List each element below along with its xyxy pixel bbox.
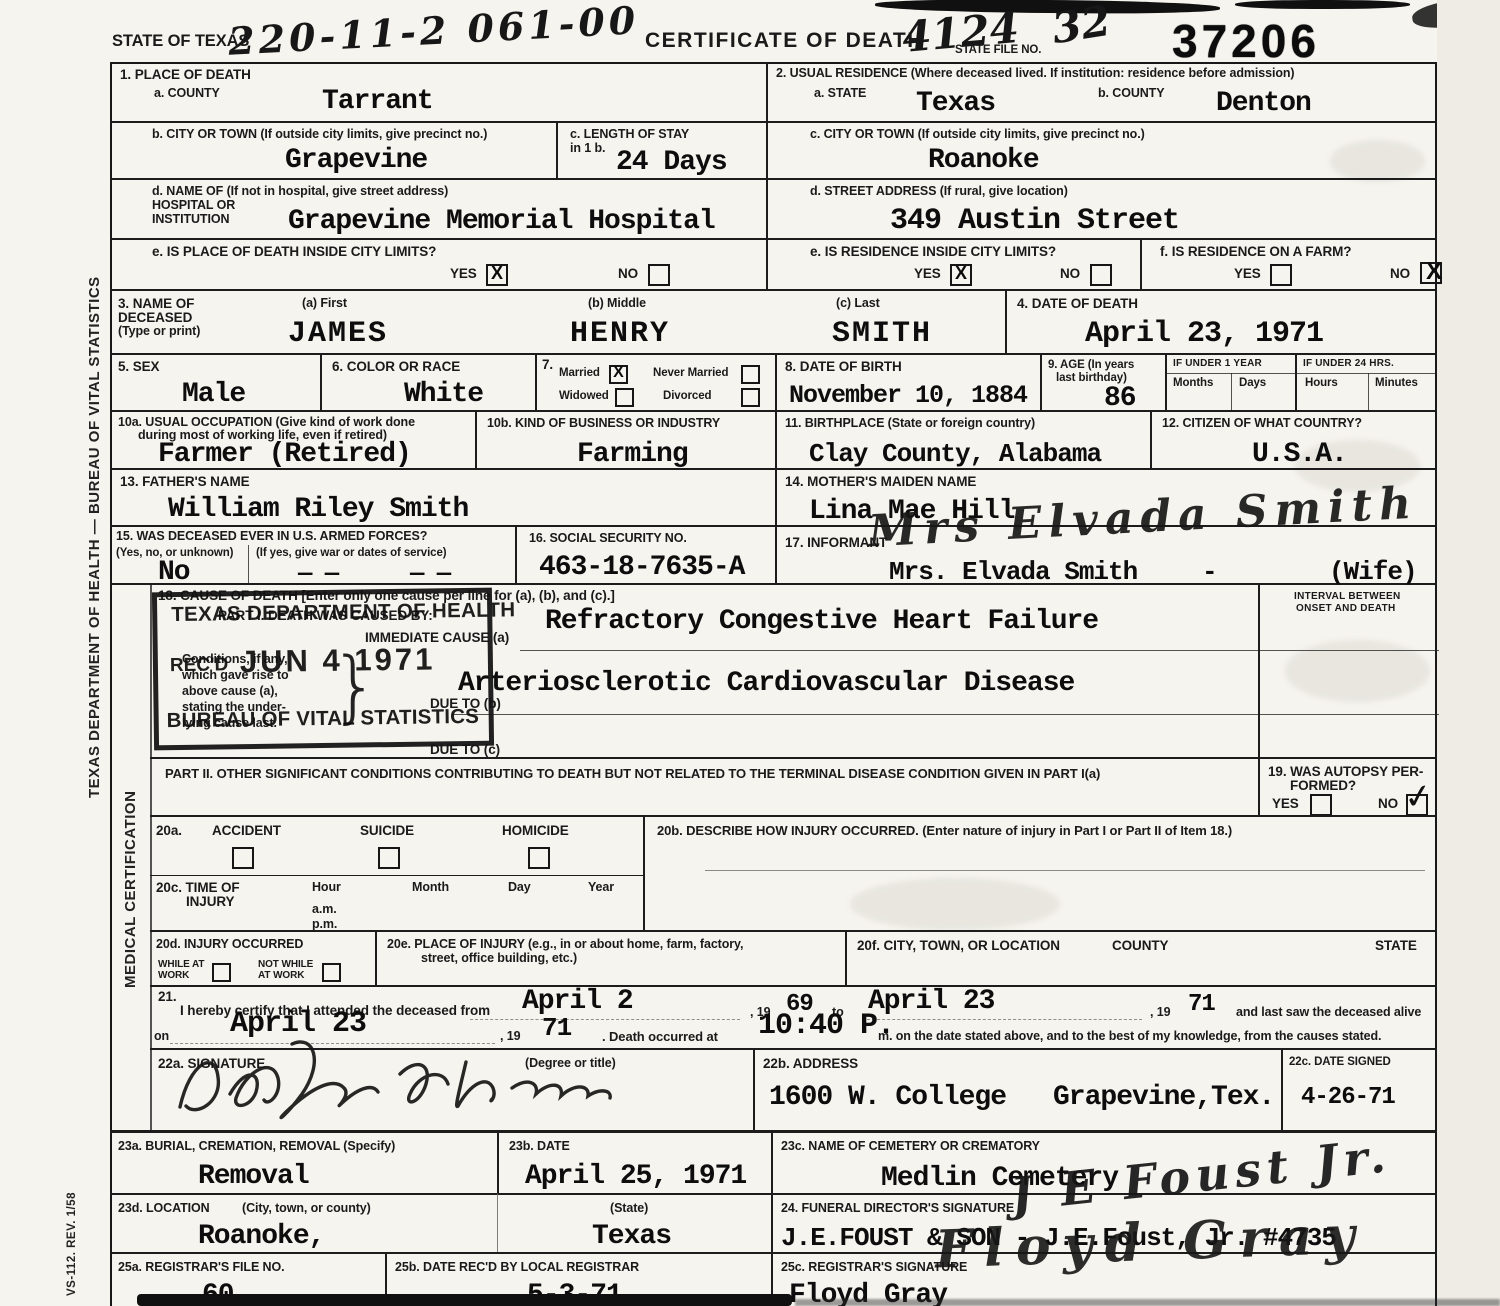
suicide-label: SUICIDE [360,823,414,839]
form-code-vertical: VS-112. REV. 1/58 [66,1192,78,1296]
autopsy-no-checkmark: ✓ [1401,775,1435,819]
stamp-line-1: TEXAS DEPARTMENT OF HEALTH [171,598,515,627]
checkbox-mark: X [1425,258,1443,286]
field-hospital: d. NAME OF (If not in hospital, give str… [110,180,766,240]
field-label: ONSET AND DEATH [1296,603,1396,615]
address-value-2: Grapevine,Tex. [1053,1084,1274,1112]
field-burial-state: (State) Texas [497,1193,771,1252]
minutes-label: Minutes [1375,377,1418,391]
field-label: FORMED? [1290,778,1356,794]
yes-checkbox: X [486,264,508,286]
divorced-label: Divorced [663,390,711,404]
field-label: 10b. KIND OF BUSINESS OR INDUSTRY [487,416,720,431]
armed-forces-dashes: — — [298,563,338,587]
no-label: NO [1060,266,1080,282]
field-label: 7. [542,357,553,373]
burial-location-value: Roanoke, [198,1223,324,1251]
days-label: Days [1239,377,1266,391]
middle-name-value: HENRY [570,319,670,349]
street-address-value: 349 Austin Street [890,206,1179,236]
field-label: 20f. CITY, TOWN, OR LOCATION [857,938,1060,954]
day-label: Day [508,880,531,895]
sex-value: Male [182,381,245,409]
field-street-address: d. STREET ADDRESS (If rural, give locati… [766,180,1437,240]
no-checkbox [648,264,670,286]
age-value: 86 [1104,385,1136,413]
city-of-death-value: Grapevine [285,147,427,175]
field-label: 6. COLOR OR RACE [332,359,460,375]
cause-a-value: Refractory Congestive Heart Failure [545,608,1098,636]
field-injury-city-county-state: 20f. CITY, TOWN, OR LOCATION COUNTY STAT… [845,930,1437,985]
certificate-title: CERTIFICATE OF DEATH [645,28,924,53]
informant-relation: (Wife) [1329,559,1417,585]
checkbox-mark: X [611,364,626,382]
field-label: b. COUNTY [1098,86,1164,101]
divider [1368,373,1369,412]
field-label: 23a. BURIAL, CREMATION, REMOVAL (Specify… [118,1139,395,1154]
field-accident-suicide-homicide: 20a. ACCIDENT SUICIDE HOMICIDE [150,815,643,875]
field-label: IF UNDER 1 YEAR [1173,358,1262,370]
field-label: 4. DATE OF DEATH [1017,296,1138,312]
field-label: 20d. INJURY OCCURRED [156,937,303,952]
field-death-inside-city-limits: e. IS PLACE OF DEATH INSIDE CITY LIMITS?… [110,240,766,291]
last-name-label: (c) Last [836,296,880,311]
no-label: NO [1378,796,1398,812]
field-armed-forces: 15. WAS DECEASED EVER IN U.S. ARMED FORC… [110,527,515,585]
burial-value: Removal [198,1163,309,1191]
field-injury-occurred: 20d. INJURY OCCURRED WHILE AT WORK NOT W… [150,930,375,985]
field-label: IF UNDER 24 HRS. [1303,358,1394,370]
field-label: 22c. DATE SIGNED [1289,1056,1391,1070]
fathers-name-value: William Riley Smith [168,496,468,524]
citizen-value: U.S.A. [1252,441,1347,469]
field-label: 23d. LOCATION [118,1201,210,1216]
yes-checkbox: X [950,264,972,286]
never-married-checkbox [741,365,760,384]
certify-text: m. on the date stated above, and to the … [878,1029,1381,1044]
death-certificate-scan: STATE OF TEXAS 220-11-2 061-00 CERTIFICA… [0,0,1500,1306]
armed-forces-dashes: — — [410,563,450,587]
field-age: 9. AGE (In years last birthday) 86 [1040,355,1165,412]
checkbox-mark: X [952,263,970,284]
received-stamp: TEXAS DEPARTMENT OF HEALTH REC'D JUN 4 1… [152,588,494,751]
while-at-work-checkbox [212,963,231,982]
field-label: 11. BIRTHPLACE (State or foreign country… [785,416,1035,431]
field-label: 5. SEX [118,359,159,375]
writing-line [705,870,1425,871]
field-label: (If yes, give war or dates of service) [256,547,447,561]
time-of-death-value: 10:40 P. [758,1011,894,1041]
field-kind-of-business: 10b. KIND OF BUSINESS OR INDUSTRY Farmin… [475,412,775,470]
ssn-value: 463-18-7635-A [539,554,744,582]
field-label: d. NAME OF (If not in hospital, give str… [152,184,448,199]
field-social-security-no: 16. SOCIAL SECURITY NO. 463-18-7635-A [515,527,775,585]
no-label: NO [1390,266,1410,282]
month-label: Month [412,880,449,895]
handwritten-file-number-2: 32 [1049,0,1114,53]
field-label: e. IS RESIDENCE INSIDE CITY LIMITS? [810,244,1056,260]
field-label: 21. [158,989,176,1005]
field-label: PART II. OTHER SIGNIFICANT CONDITIONS CO… [165,766,1100,782]
field-burial-removal: 23a. BURIAL, CREMATION, REMOVAL (Specify… [110,1130,497,1193]
yes-label: YES [1272,796,1299,812]
stamp-line-3: BUREAU OF VITAL STATISTICS [167,705,480,733]
not-while-at-work-label: AT WORK [258,970,304,982]
field-burial-date: 23b. DATE April 25, 1971 [497,1130,771,1193]
field-date-of-death: 4. DATE OF DEATH April 23, 1971 [1005,291,1437,355]
county-label: COUNTY [1112,938,1168,954]
last-name-value: SMITH [832,319,932,349]
while-at-work-label: WORK [158,970,189,982]
field-label: d. STREET ADDRESS (If rural, give locati… [810,184,1068,199]
field-label: 2. USUAL RESIDENCE (Where deceased lived… [776,66,1294,81]
scan-smudge-bottom [137,1294,792,1306]
field-citizen-of: 12. CITIZEN OF WHAT COUNTRY? U.S.A. [1150,412,1437,470]
field-label: b. CITY OR TOWN (If outside city limits,… [152,127,487,142]
field-label: INSTITUTION [152,212,229,227]
field-label: INTERVAL BETWEEN [1294,591,1400,603]
state-file-number-stamp: 37206 [1172,14,1320,68]
yes-label: YES [1234,266,1261,282]
field-usual-residence: 2. USUAL RESIDENCE (Where deceased lived… [766,62,1437,123]
checkbox-mark: X [488,263,506,284]
physician-signature [160,1032,640,1132]
informant-typed-value: Mrs. Elvada Smith [889,559,1137,585]
no-checkbox [1090,264,1112,286]
field-label: 25a. REGISTRAR'S FILE NO. [118,1260,284,1275]
field-label: 24. FUNERAL DIRECTOR'S SIGNATURE [781,1201,1014,1216]
date-of-death-value: April 23, 1971 [1085,319,1323,349]
year-label: Year [588,880,614,895]
middle-name-label: (b) Middle [588,296,646,311]
county-value: Tarrant [322,88,433,116]
field-label: in 1 b. [570,141,605,156]
accident-checkbox [232,847,254,869]
field-label: 23b. DATE [509,1139,570,1154]
divider [1260,714,1439,715]
homicide-checkbox [528,847,550,869]
accident-label: ACCIDENT [212,823,281,839]
yes-label: YES [914,266,941,282]
field-label: 8. DATE OF BIRTH [785,359,902,375]
field-place-of-injury: 20e. PLACE OF INJURY (e.g., in or about … [375,930,845,985]
armed-forces-value: No [158,559,190,587]
field-part2-conditions: PART II. OTHER SIGNIFICANT CONDITIONS CO… [150,757,1258,815]
yes-label: YES [450,266,477,282]
field-color-or-race: 6. COLOR OR RACE White [320,355,535,412]
widowed-label: Widowed [559,390,609,404]
field-autopsy: 19. WAS AUTOPSY PER- FORMED? YES NO ✓ [1258,757,1437,815]
attended-to-year: 71 [1188,993,1215,1017]
field-name-of-deceased: 3. NAME OF DECEASED (Type or print) (a) … [110,291,1005,355]
field-time-of-injury: 20c. TIME OF INJURY Hour Month Day Year … [150,875,643,930]
field-date-of-birth: 8. DATE OF BIRTH November 10, 1884 [775,355,1040,412]
field-label: 20e. PLACE OF INJURY (e.g., in or about … [387,937,743,952]
field-label: (Type or print) [118,324,200,339]
field-label: 9. AGE (In years [1048,359,1134,373]
hour-label: Hour [312,880,341,895]
field-physician-address: 22b. ADDRESS 1600 W. College Grapevine,T… [753,1048,1281,1130]
no-label: NO [618,266,638,282]
field-if-under-1-year: IF UNDER 1 YEAR Months Days [1165,355,1295,412]
field-label: INJURY [186,894,234,910]
widowed-checkbox [615,388,634,407]
divorced-checkbox [741,388,760,407]
field-label: 13. FATHER'S NAME [120,474,250,490]
state-file-no-label: STATE FILE NO. [955,44,1041,58]
homicide-label: HOMICIDE [502,823,569,839]
business-value: Farming [577,441,688,469]
first-name-value: JAMES [288,319,388,349]
not-while-at-work-checkbox [322,963,341,982]
field-label: 23c. NAME OF CEMETERY OR CREMATORY [781,1139,1040,1154]
stamp-recd: REC'D [170,654,229,677]
field-label: c. LENGTH OF STAY [570,127,689,142]
residence-city-value: Roanoke [928,147,1039,175]
cause-b-line [452,714,1258,715]
divider [248,545,249,585]
field-label: (City, town, or county) [242,1201,371,1216]
field-label: a. STATE [814,86,866,101]
burial-date-value: April 25, 1971 [525,1163,746,1191]
field-label: 20b. DESCRIBE HOW INJURY OCCURRED. (Ente… [657,823,1232,839]
hours-label: Hours [1305,377,1338,391]
suicide-checkbox [378,847,400,869]
divider [1165,373,1437,374]
divider [1260,650,1439,651]
cause-a-line [520,650,1258,651]
field-label: 12. CITIZEN OF WHAT COUNTRY? [1162,416,1362,431]
field-fathers-name: 13. FATHER'S NAME William Riley Smith [110,470,775,527]
field-residence-inside-city-limits: e. IS RESIDENCE INSIDE CITY LIMITS? YES … [766,240,1140,291]
field-marital-status: 7. Married X Never Married Widowed Divor… [535,355,775,412]
field-place-of-death: 1. PLACE OF DEATH a. COUNTY Tarrant [110,62,766,123]
stamp-date: JUN 4 1971 [240,641,436,680]
no-checkbox: X [1420,262,1442,284]
page-right-margin [1437,0,1500,1306]
field-label: 16. SOCIAL SECURITY NO. [529,531,687,546]
residence-county-value: Denton [1216,90,1311,118]
field-label: c. CITY OR TOWN (If outside city limits,… [810,127,1145,142]
length-of-stay-value: 24 Days [616,149,727,177]
field-if-under-24-hrs: IF UNDER 24 HRS. Hours Minutes [1295,355,1437,412]
date-of-birth-value: November 10, 1884 [789,383,1027,408]
married-checkbox: X [609,365,628,384]
divider [1231,373,1232,412]
months-label: Months [1173,377,1213,391]
field-label: 14. MOTHER'S MAIDEN NAME [785,474,976,490]
field-usual-occupation: 10a. USUAL OCCUPATION (Give kind of work… [110,412,475,470]
yes-checkbox [1270,264,1292,286]
hospital-value: Grapevine Memorial Hospital [288,208,715,236]
field-label: f. IS RESIDENCE ON A FARM? [1160,244,1351,260]
scan-smudge-bottom [795,1299,1500,1306]
field-interval-onset-death: INTERVAL BETWEEN ONSET AND DEATH [1258,585,1437,757]
never-married-label: Never Married [653,367,728,381]
am-label: a.m. [312,902,337,917]
field-label: a. COUNTY [154,86,220,101]
residence-state-value: Texas [916,90,995,118]
field-label: 1. PLACE OF DEATH [120,67,251,83]
field-label: e. IS PLACE OF DEATH INSIDE CITY LIMITS? [152,244,436,260]
cause-b-value: Arteriosclerotic Cardiovascular Disease [458,670,1074,698]
field-sex: 5. SEX Male [110,355,320,412]
writing-line [470,1019,740,1020]
field-label: 20a. [156,823,182,839]
scan-smudge [1235,0,1410,9]
field-city-of-death: b. CITY OR TOWN (If outside city limits,… [110,123,556,180]
writing-line [862,1019,1142,1020]
address-value-1: 1600 W. College [769,1084,1006,1112]
field-length-of-stay: c. LENGTH OF STAY in 1 b. 24 Days [556,123,766,180]
field-residence-city: c. CITY OR TOWN (If outside city limits,… [766,123,1437,180]
field-label: 15. WAS DECEASED EVER IN U.S. ARMED FORC… [116,529,427,544]
birthplace-value: Clay County, Alabama [809,441,1101,467]
field-label: (State) [610,1201,648,1216]
race-value: White [404,381,483,409]
field-date-signed: 22c. DATE SIGNED 4-26-71 [1281,1048,1437,1130]
certify-text: and last saw the deceased alive [1236,1005,1421,1020]
yes-checkbox [1310,794,1332,816]
first-name-label: (a) First [302,296,347,311]
department-vertical-label: TEXAS DEPARTMENT OF HEALTH — BUREAU OF V… [86,276,103,798]
state-label: STATE [1375,938,1417,954]
burial-state-value: Texas [592,1223,671,1251]
married-label: Married [559,367,600,381]
field-label: 22b. ADDRESS [763,1056,858,1072]
field-label: street, office building, etc.) [421,951,577,966]
attended-from-date: April 2 [522,988,633,1016]
field-describe-injury: 20b. DESCRIBE HOW INJURY OCCURRED. (Ente… [643,815,1437,930]
year-prefix: , 19 [1150,1005,1170,1020]
field-birthplace: 11. BIRTHPLACE (State or foreign country… [775,412,1150,470]
date-signed-value: 4-26-71 [1301,1086,1395,1110]
informant-dash: - [1202,559,1217,585]
handwritten-serial: 220-11-2 061-00 [227,0,640,64]
occupation-value: Farmer (Retired) [158,441,411,469]
field-label: 25b. DATE REC'D BY LOCAL REGISTRAR [395,1260,639,1275]
field-residence-on-farm: f. IS RESIDENCE ON A FARM? YES NO X [1140,240,1437,291]
field-label: HOSPITAL OR [152,198,235,213]
field-burial-location: 23d. LOCATION (City, town, or county) Ro… [110,1193,497,1252]
